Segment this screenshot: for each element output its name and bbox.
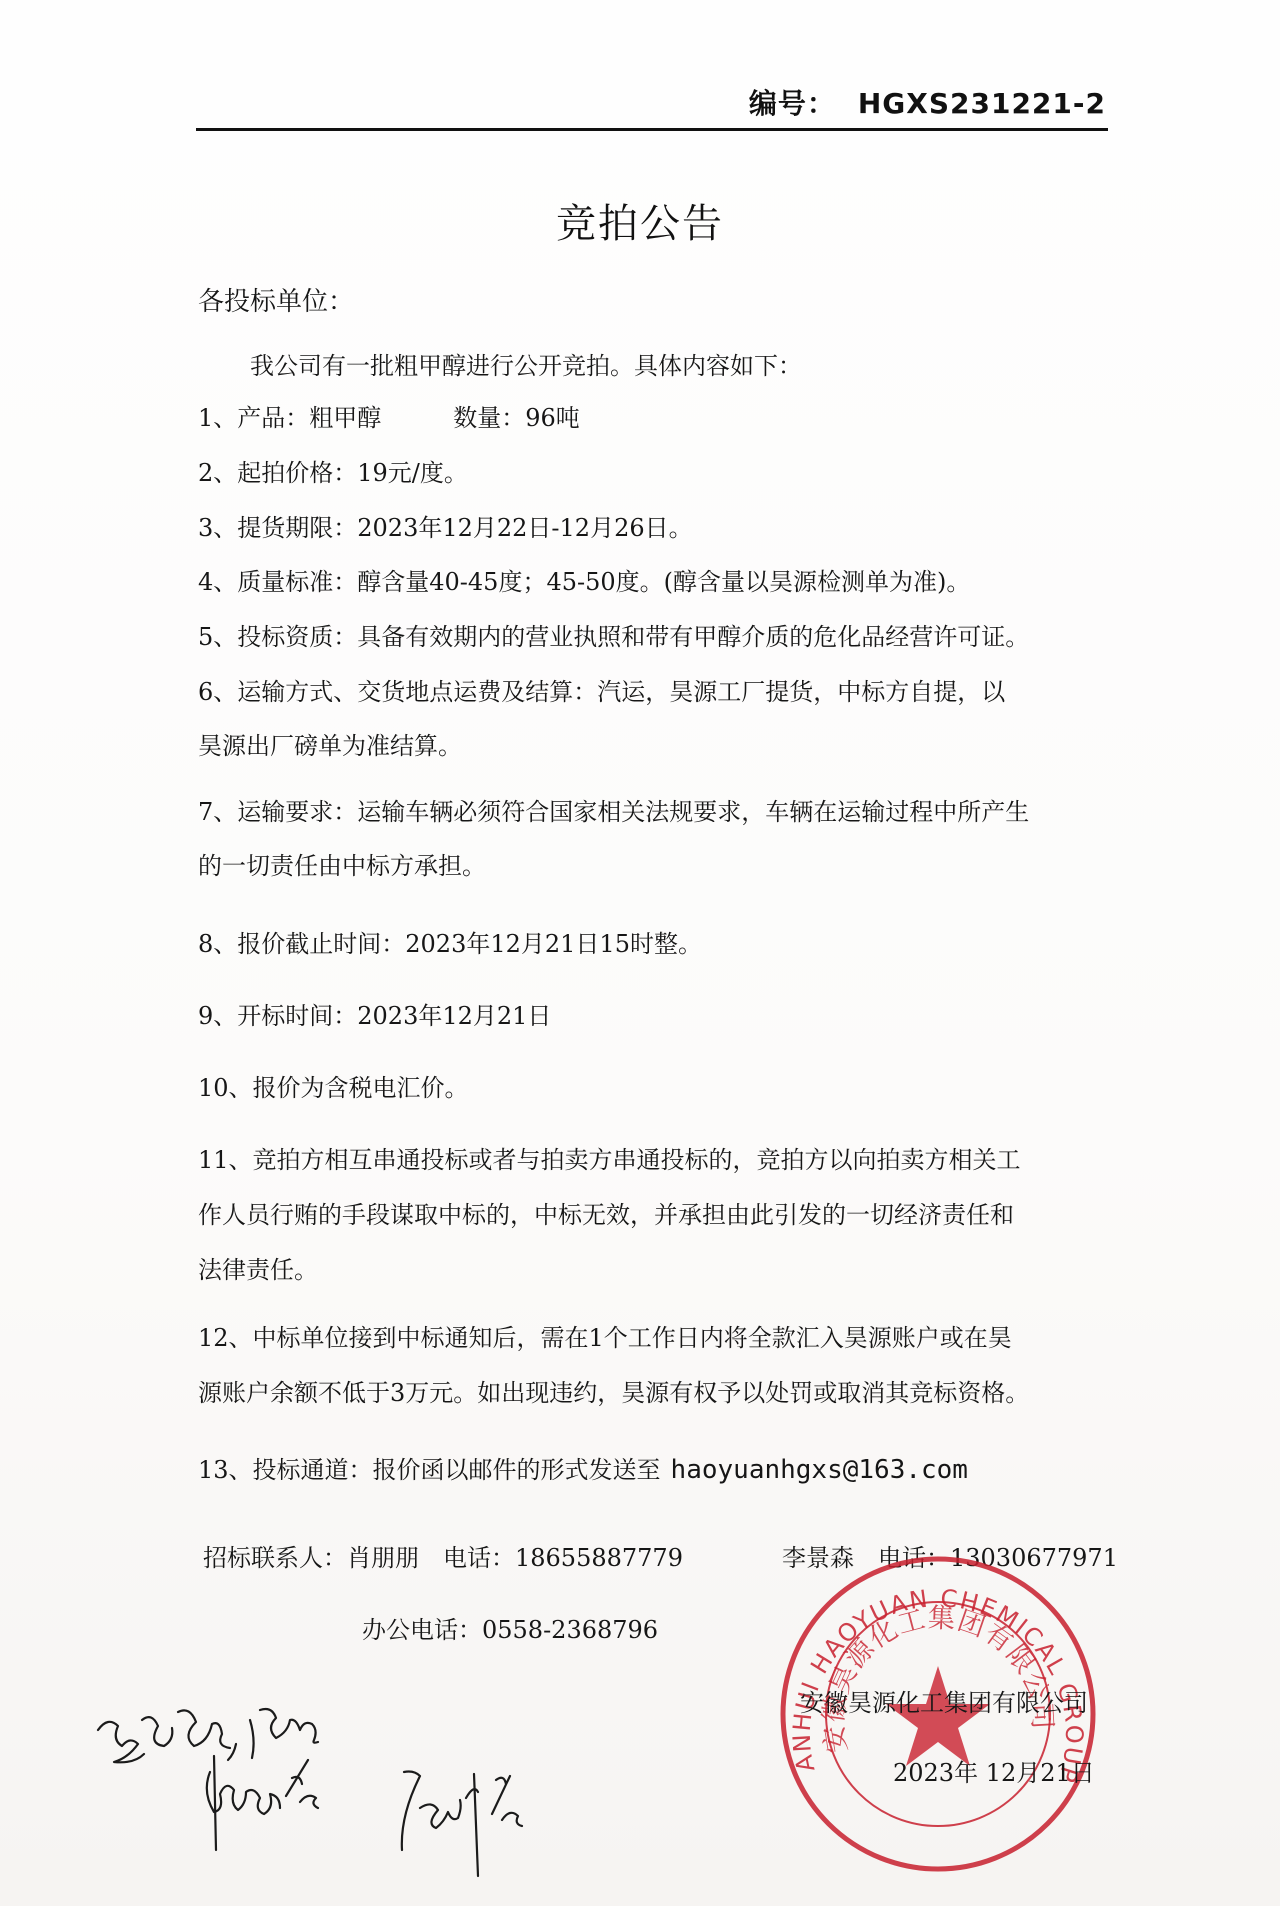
item-12-line1: 12、中标单位接到中标通知后，需在1个工作日内将全款汇入昊源账户或在昊 (198, 1318, 1012, 1353)
contact-primary: 招标联系人：肖朋朋 电话：18655887779 (203, 1538, 683, 1573)
item-10: 10、报价为含税电汇价。 (198, 1068, 469, 1103)
salutation: 各投标单位： (198, 281, 354, 318)
header-rule (196, 128, 1108, 131)
item-2: 2、起拍价格：19元/度。 (198, 453, 468, 488)
company-name: 安徽昊源化工集团有限公司 (800, 1683, 1088, 1718)
item-5: 5、投标资质：具备有效期内的营业执照和带有甲醇介质的危化品经营许可证。 (198, 617, 1029, 652)
item-6-line2: 昊源出厂磅单为准结算。 (198, 726, 462, 761)
document-number-value: HGXS231221-2 (858, 87, 1106, 120)
item-1: 1、产品：粗甲醇 数量：96吨 (198, 398, 580, 433)
document-number-label: 编号： (749, 87, 836, 120)
handwritten-annotation-icon (60, 1690, 720, 1900)
item-4: 4、质量标准：醇含量40-45度；45-50度。(醇含量以昊源检测单为准)。 (198, 562, 970, 597)
item-12-line2: 源账户余额不低于3万元。如出现违约，昊源有权予以处罚或取消其竞标资格。 (198, 1373, 1029, 1408)
item-11-line2: 作人员行贿的手段谋取中标的，中标无效，并承担由此引发的一切经济责任和 (198, 1195, 1014, 1230)
item-7-line1: 7、运输要求：运输车辆必须符合国家相关法规要求，车辆在运输过程中所产生 (198, 792, 1029, 827)
signature-date: 2023年 12月21日 (893, 1753, 1095, 1788)
item-11-line1: 11、竞拍方相互串通投标或者与拍卖方串通投标的，竞拍方以向拍卖方相关工 (198, 1140, 1021, 1175)
document-page: 编号：HGXS231221-2 竞拍公告 各投标单位： 我公司有一批粗甲醇进行公… (0, 0, 1280, 1906)
item-3: 3、提货期限：2023年12月22日-12月26日。 (198, 508, 693, 543)
item-8: 8、报价截止时间：2023年12月21日15时整。 (198, 924, 702, 959)
item-9: 9、开标时间：2023年12月21日 (198, 996, 551, 1031)
item-7-line2: 的一切责任由中标方承担。 (198, 846, 486, 881)
item-13: 13、投标通道：报价函以邮件的形式发送至haoyuanhgxs@163.com (198, 1450, 968, 1485)
office-phone: 办公电话：0558-2368796 (362, 1610, 658, 1645)
item-6-line1: 6、运输方式、交货地点运费及结算：汽运，昊源工厂提货，中标方自提，以 (198, 672, 1005, 707)
svg-text:ANHUI HAOYUAN CHEMICAL GROUP C: ANHUI HAOYUAN CHEMICAL GROUP CO.,LTD. (772, 1548, 1088, 1787)
email-address[interactable]: haoyuanhgxs@163.com (671, 1455, 968, 1485)
intro-paragraph: 我公司有一批粗甲醇进行公开竞拍。具体内容如下： (250, 346, 802, 381)
document-number: 编号：HGXS231221-2 (749, 82, 1106, 122)
item-11-line3: 法律责任。 (198, 1250, 318, 1285)
item-13-text: 13、投标通道：报价函以邮件的形式发送至 (198, 1456, 661, 1484)
document-title: 竞拍公告 (0, 192, 1280, 249)
